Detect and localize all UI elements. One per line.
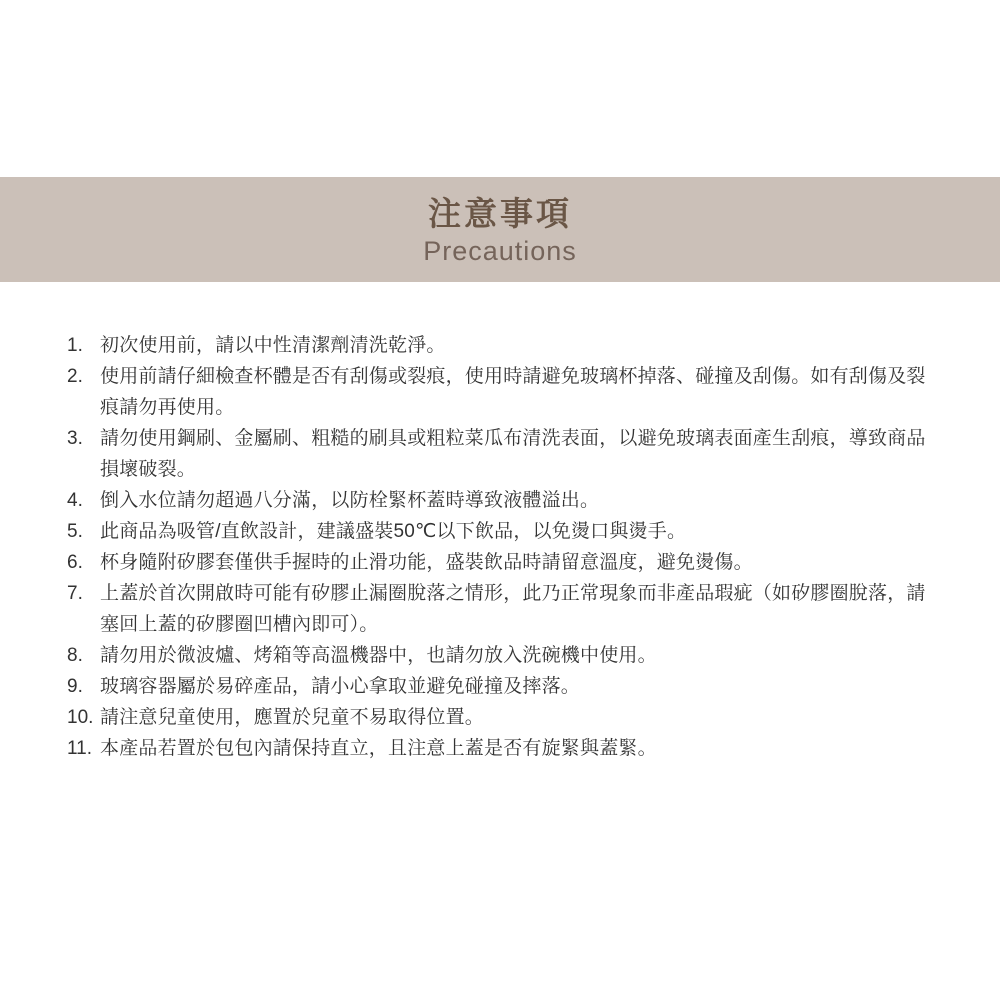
list-item: 6. 杯身隨附矽膠套僅供手握時的止滑功能，盛裝飲品時請留意溫度，避免燙傷。 [67,547,929,578]
banner-title: 注意事項 [0,194,1000,234]
list-item: 10. 請注意兒童使用，應置於兒童不易取得位置。 [67,702,929,733]
banner: 注意事項 Precautions [0,177,1000,282]
item-text: 初次使用前，請以中性清潔劑清洗乾淨。 [100,330,929,361]
list-item: 9. 玻璃容器屬於易碎產品，請小心拿取並避免碰撞及摔落。 [67,671,929,702]
item-number: 2. [67,361,100,392]
item-number: 3. [67,423,100,454]
list-item: 5. 此商品為吸管/直飲設計，建議盛裝50℃以下飲品，以免燙口與燙手。 [67,516,929,547]
list-item: 2. 使用前請仔細檢查杯體是否有刮傷或裂痕，使用時請避免玻璃杯掉落、碰撞及刮傷。… [67,361,929,423]
item-text: 使用前請仔細檢查杯體是否有刮傷或裂痕，使用時請避免玻璃杯掉落、碰撞及刮傷。如有刮… [100,361,929,423]
item-text: 玻璃容器屬於易碎產品，請小心拿取並避免碰撞及摔落。 [100,671,929,702]
list-item: 3. 請勿使用鋼刷、金屬刷、粗糙的刷具或粗粒菜瓜布清洗表面，以避免玻璃表面產生刮… [67,423,929,485]
list-item: 8. 請勿用於微波爐、烤箱等高溫機器中，也請勿放入洗碗機中使用。 [67,640,929,671]
list-item: 11. 本產品若置於包包內請保持直立，且注意上蓋是否有旋緊與蓋緊。 [67,733,929,764]
item-number: 5. [67,516,100,547]
item-text: 請勿用於微波爐、烤箱等高溫機器中，也請勿放入洗碗機中使用。 [100,640,929,671]
item-text: 請勿使用鋼刷、金屬刷、粗糙的刷具或粗粒菜瓜布清洗表面，以避免玻璃表面產生刮痕，導… [100,423,929,485]
list-item: 1. 初次使用前，請以中性清潔劑清洗乾淨。 [67,330,929,361]
item-text: 請注意兒童使用，應置於兒童不易取得位置。 [100,702,929,733]
precautions-page: 注意事項 Precautions 1. 初次使用前，請以中性清潔劑清洗乾淨。 2… [0,0,1000,1000]
precautions-list: 1. 初次使用前，請以中性清潔劑清洗乾淨。 2. 使用前請仔細檢查杯體是否有刮傷… [67,330,929,764]
item-number: 4. [67,485,100,516]
item-text: 此商品為吸管/直飲設計，建議盛裝50℃以下飲品，以免燙口與燙手。 [100,516,929,547]
item-number: 1. [67,330,100,361]
item-number: 6. [67,547,100,578]
item-number: 8. [67,640,100,671]
item-number: 11. [67,733,100,764]
item-text: 本產品若置於包包內請保持直立，且注意上蓋是否有旋緊與蓋緊。 [100,733,929,764]
banner-subtitle: Precautions [0,234,1000,268]
item-text: 杯身隨附矽膠套僅供手握時的止滑功能，盛裝飲品時請留意溫度，避免燙傷。 [100,547,929,578]
list-item: 7. 上蓋於首次開啟時可能有矽膠止漏圈脫落之情形，此乃正常現象而非產品瑕疵（如矽… [67,578,929,640]
list-item: 4. 倒入水位請勿超過八分滿，以防栓緊杯蓋時導致液體溢出。 [67,485,929,516]
item-text: 倒入水位請勿超過八分滿，以防栓緊杯蓋時導致液體溢出。 [100,485,929,516]
item-number: 10. [67,702,100,733]
item-number: 7. [67,578,100,609]
item-text: 上蓋於首次開啟時可能有矽膠止漏圈脫落之情形，此乃正常現象而非產品瑕疵（如矽膠圈脫… [100,578,929,640]
item-number: 9. [67,671,100,702]
